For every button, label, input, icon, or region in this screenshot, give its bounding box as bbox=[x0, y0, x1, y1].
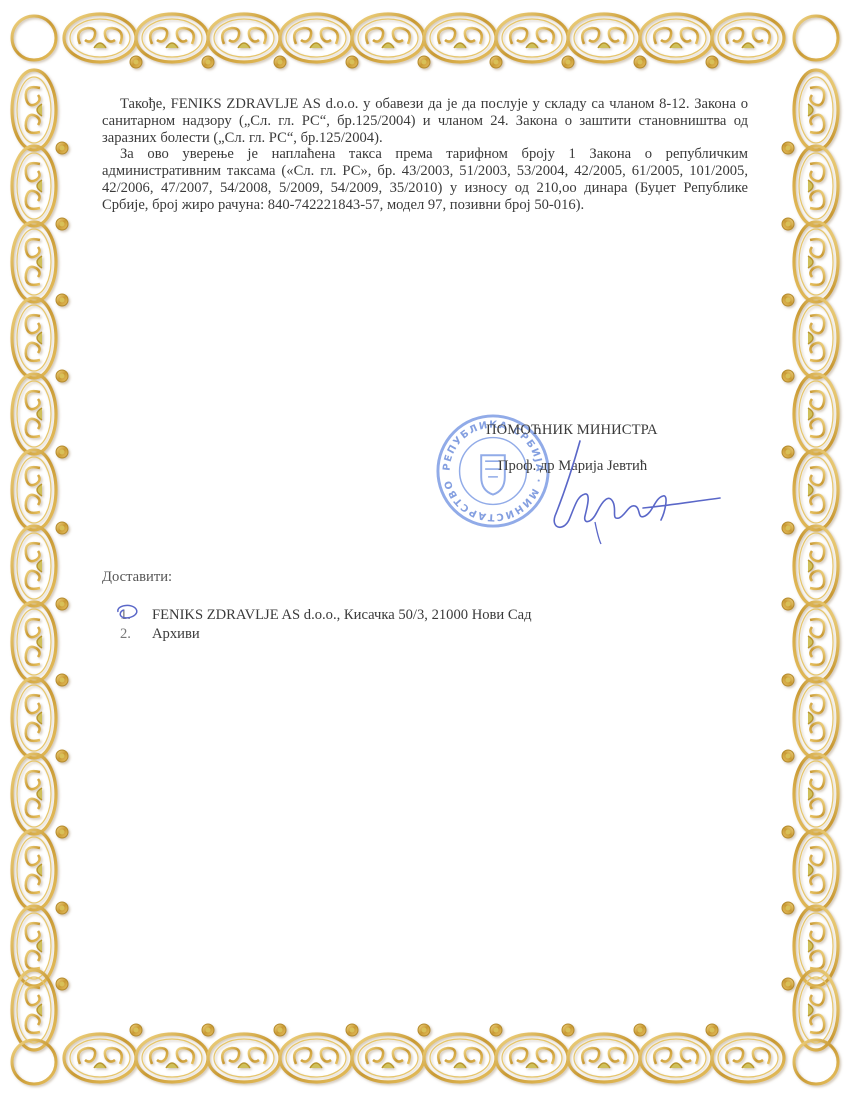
paragraph-obligations-text: Такође, FENIKS ZDRAVLJE AS d.o.o. у обав… bbox=[102, 96, 748, 146]
recipient-text: Архиви bbox=[152, 625, 200, 644]
recipient-text: FENIKS ZDRAVLJE AS d.o.o., Кисачка 50/3,… bbox=[152, 606, 532, 625]
paragraph-fee: За ово уверење је наплаћена такса према … bbox=[102, 146, 748, 213]
paragraph-fee-text: За ово уверење је наплаћена такса према … bbox=[102, 146, 748, 212]
handwritten-circle-icon bbox=[114, 602, 140, 622]
list-number: 2. bbox=[120, 625, 152, 644]
list-number: 1. bbox=[120, 606, 152, 625]
recipient-number: 2. bbox=[120, 626, 131, 642]
paragraph-obligations: Такође, FENIKS ZDRAVLJE AS d.o.o. у обав… bbox=[102, 96, 748, 146]
handwritten-signature-icon bbox=[525, 436, 725, 546]
list-item: 1. FENIKS ZDRAVLJE AS d.o.o., Кисачка 50… bbox=[120, 606, 532, 625]
recipient-list: 1. FENIKS ZDRAVLJE AS d.o.o., Кисачка 50… bbox=[120, 606, 532, 644]
document-body: Такође, FENIKS ZDRAVLJE AS d.o.o. у обав… bbox=[102, 96, 748, 214]
list-item: 2. Архиви bbox=[120, 625, 532, 644]
delivery-label: Доставити: bbox=[102, 569, 172, 586]
signature-block: РЕПУБЛИКА СРБИЈА · МИНИСТАРСТВО ЗДРАВЉА … bbox=[430, 400, 730, 560]
